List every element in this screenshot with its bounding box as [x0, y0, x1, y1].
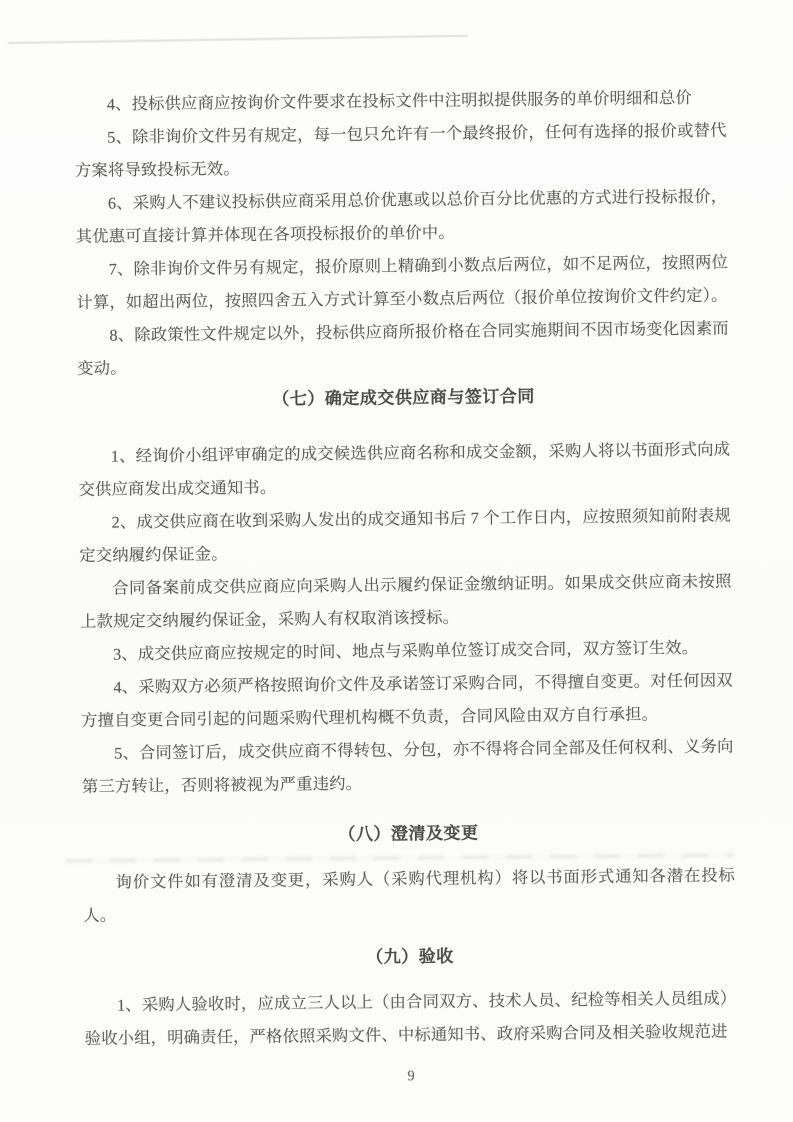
scan-line-artifact — [8, 35, 468, 44]
document-page: 4、投标供应商应按询价文件要求在投标文件中注明拟提供服务的单价明细和总价 5、除… — [0, 0, 793, 1122]
clause-2-performance-bond: 2、成交供应商在收到采购人发出的成交通知书后 7 个工作日内，应按照须知前附表规… — [79, 499, 732, 572]
clause-6-no-total-discount: 6、采购人不建议投标供应商采用总价优惠或以总价百分比优惠的方式进行投标报价，其优… — [75, 180, 728, 253]
clause-1-award-notice: 1、经询价小组评审确定的成交候选供应商名称和成交金额，采购人将以书面形式向成交供… — [78, 433, 731, 506]
clause-8-price-fixed: 8、除政策性文件规定以外，投标供应商所报价格在合同实施期间不因市场变化因素而变动… — [77, 312, 730, 385]
page-number: 9 — [85, 1062, 737, 1091]
document-content: 4、投标供应商应按询价文件要求在投标文件中注明拟提供服务的单价明细和总价 5、除… — [74, 81, 737, 1091]
section-heading-eight-clarification: （八）澄清及变更 — [82, 814, 734, 854]
clause-7-decimal-precision: 7、除非询价文件另有规定，报价原则上精确到小数点后两位，如不足两位，按照两位计算… — [76, 246, 729, 319]
clause-1-acceptance-team: 1、采购人验收时，应成立三人以上（由合同双方、技术人员、纪检等相关人员组成）验收… — [84, 982, 737, 1055]
section-heading-seven-award-and-contract: （七）确定成交供应商与签订合同 — [77, 378, 729, 418]
clause-5-single-final-offer: 5、除非询价文件另有规定，每一包只允许有一个最终报价，任何有选择的报价或替代方案… — [74, 114, 727, 187]
clause-5-no-subcontract: 5、合同签订后，成交供应商不得转包、分包，亦不得将合同全部及任何权利、义务向第三… — [81, 730, 734, 803]
clause-4-no-unauthorized-change: 4、采购双方必须严格按照询价文件及承诺签订采购合同，不得擅自变更。对任何因双方擅… — [81, 664, 734, 737]
clarification-notice-paragraph: 询价文件如有澄清及变更，采购人（采购代理机构）将以书面形式通知各潜在投标人。 — [83, 859, 736, 932]
section-heading-nine-acceptance: （九）验收 — [84, 937, 736, 977]
clause-2-bond-proof: 合同备案前成交供应商应向采购人出示履约保证金缴纳证明。如果成交供应商未按照上款规… — [79, 565, 732, 638]
